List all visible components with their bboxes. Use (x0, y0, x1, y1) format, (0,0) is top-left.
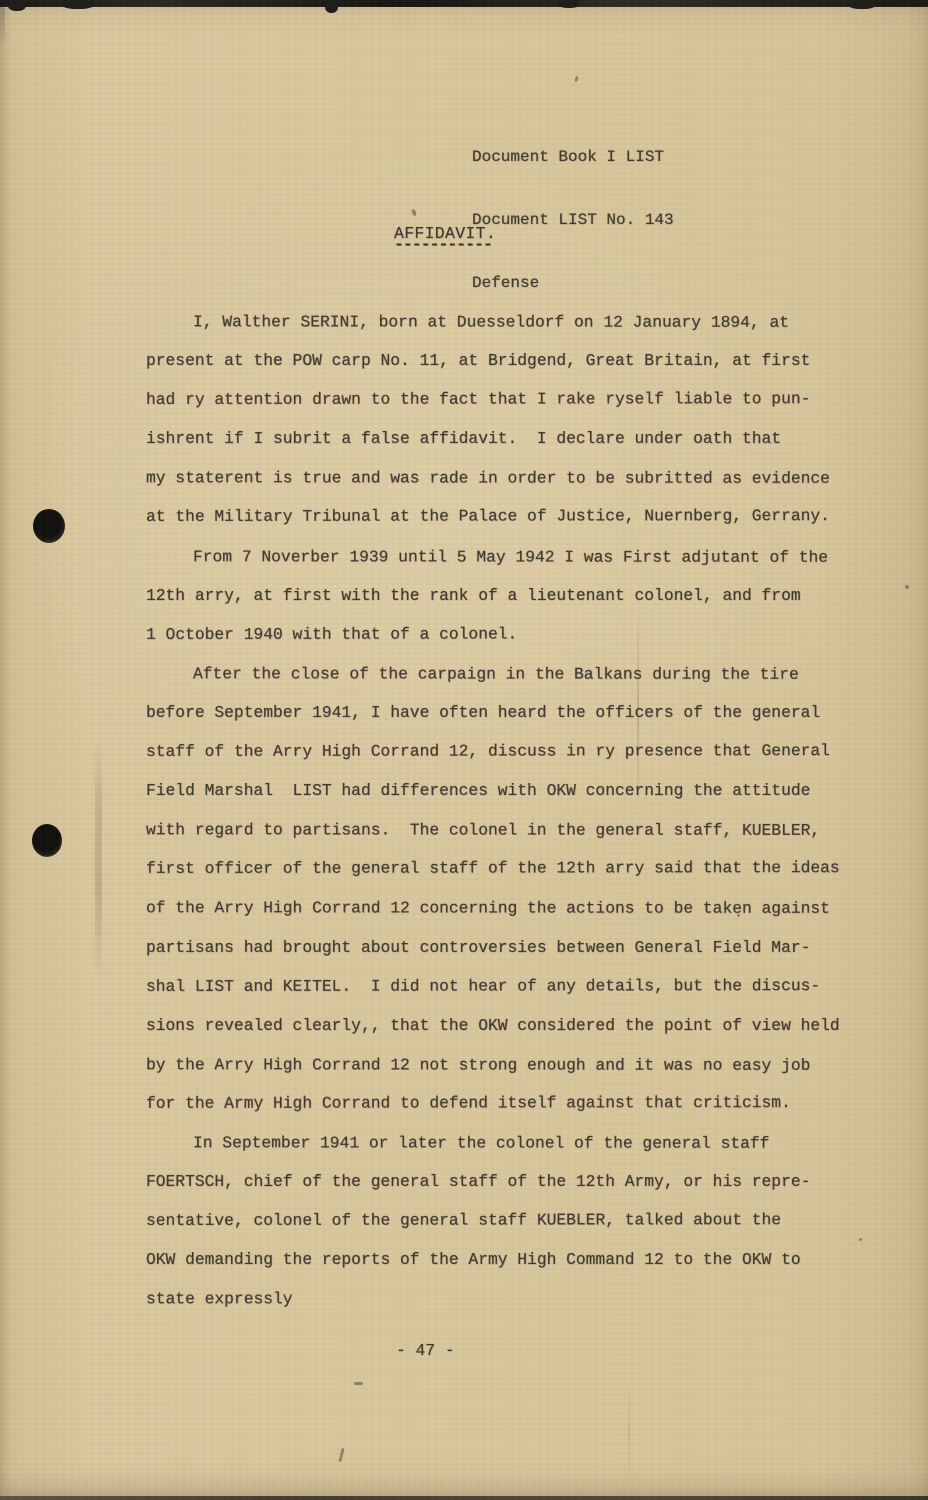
paper-crease (628, 1380, 630, 1490)
paper-crease (95, 740, 102, 980)
scan-edge-notch (62, 0, 94, 9)
scan-edge-top (0, 0, 928, 7)
scan-edge-notch (558, 0, 580, 8)
text-line: partisans had brought about controversie… (146, 928, 862, 967)
text-line: ishrent if I subrit a false affidavit. I… (146, 419, 862, 458)
text-line: sentative, colonel of the general staff … (146, 1200, 862, 1240)
text-line: OKW demanding the reports of the Army Hi… (146, 1240, 862, 1279)
header-line: Document Book I LIST (472, 147, 674, 168)
hole-punch-bottom (32, 824, 62, 857)
text-line: first officer of the general staff of th… (146, 848, 862, 888)
page-number: - 47 - (396, 1341, 455, 1360)
ink-speckle (411, 208, 418, 216)
hole-punch-top (33, 509, 65, 543)
text-line: with regard to partisans. The colonel in… (146, 810, 862, 850)
ink-speckle (905, 585, 909, 589)
scan-edge-notch (8, 0, 26, 11)
text-line: at the Military Tribunal at the Palace o… (146, 497, 862, 537)
text-line: before September 1941, I have often hear… (146, 693, 862, 732)
text-line: present at the POW carp No. 11, at Bridg… (146, 341, 862, 380)
ink-speckle (338, 1448, 344, 1462)
text-line: state expressly (146, 1280, 862, 1320)
text-line: for the Army High Corrand to defend itse… (146, 1083, 862, 1123)
text-line: had ry attention drawn to the fact that … (146, 379, 862, 419)
paragraph: After the close of the carpaign in the B… (146, 654, 862, 1123)
page-corner-edge (0, 7, 5, 47)
title-underline: ----------- (394, 235, 496, 254)
text-line: Field Marshal LIST had differences with … (146, 771, 862, 810)
text-line: my staterent is true and was rade in ord… (146, 459, 862, 499)
ink-speckle (574, 76, 579, 83)
paragraph: I, Walther SERINI, born at Duesseldorf o… (146, 302, 862, 537)
text-line: FOERTSCH, chief of the general staff of … (146, 1162, 862, 1201)
document-title-block: AFFIDAVIT. ----------- (394, 224, 496, 254)
text-line: After the close of the carpaign in the B… (146, 654, 862, 694)
header-line: Defense (472, 273, 674, 294)
text-line: In September 1941 or later the colonel o… (146, 1123, 862, 1163)
text-line: staff of the Arry High Corrand 12, discu… (146, 731, 862, 771)
scan-edge-notch (848, 0, 876, 9)
text-line: of the Arry High Corrand 12 concerning t… (146, 889, 862, 929)
paragraph: From 7 Noverber 1939 until 5 May 1942 I … (146, 537, 862, 654)
text-line: 1 October 1940 with that of a colonel. (146, 614, 862, 654)
ink-speckle (354, 1382, 363, 1385)
text-line: by the Arry High Corrand 12 not strong e… (146, 1045, 862, 1085)
affidavit-body: I, Walther SERINI, born at Duesseldorf o… (146, 302, 862, 1318)
header-line: Document LIST No. 143 (472, 210, 674, 231)
text-line: I, Walther SERINI, born at Duesseldorf o… (146, 302, 862, 342)
text-line: From 7 Noverber 1939 until 5 May 1942 I … (146, 537, 862, 577)
text-line: 12th arry, at first with the rank of a l… (146, 576, 862, 615)
scanned-document-page: Document Book I LIST Document LIST No. 1… (0, 0, 928, 1500)
scan-edge-notch (325, 0, 338, 13)
paragraph: In September 1941 or later the colonel o… (146, 1123, 862, 1318)
text-line: sions revealed clearly,, that the OKW co… (146, 1006, 862, 1045)
scan-edge-bottom (0, 1496, 928, 1500)
text-line: shal LIST and KEITEL. I did not hear of … (146, 966, 862, 1006)
